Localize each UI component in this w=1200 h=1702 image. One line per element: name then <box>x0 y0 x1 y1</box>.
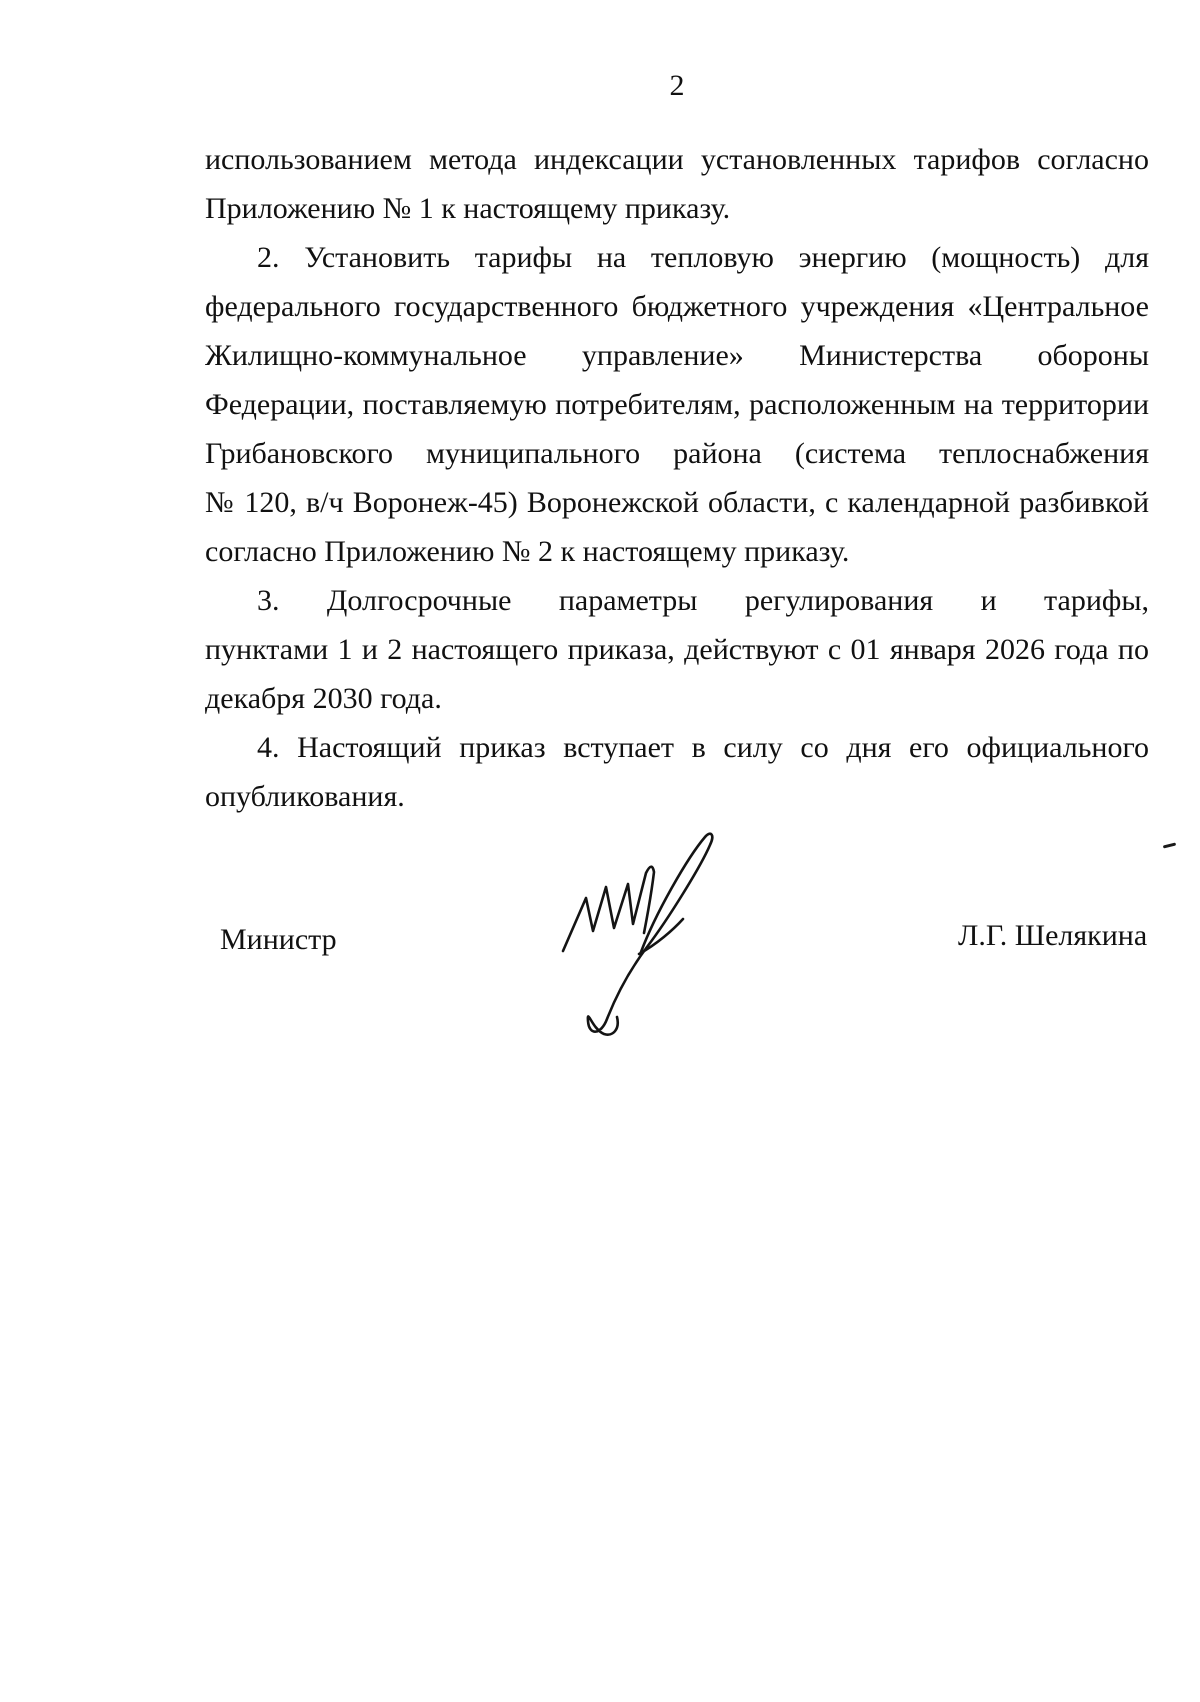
signatory-role: Министр <box>220 922 337 958</box>
handwritten-signature <box>530 800 730 1070</box>
body-line: согласно Приложению № 2 к настоящему при… <box>205 527 1149 576</box>
body-line: 4. Настоящий приказ вступает в силу со д… <box>205 723 1149 772</box>
body-line: № 120, в/ч Воронеж-45) Воронежской облас… <box>205 478 1149 527</box>
page-number: 2 <box>205 68 1149 104</box>
body-line: федерального государственного бюджетного… <box>205 282 1149 331</box>
order-body: использованием методa индексации установ… <box>205 135 1149 821</box>
body-line: 2. Установить тарифы на тепловую энергию… <box>205 233 1149 282</box>
body-line: Жилищно-коммунальное управление» Министе… <box>205 331 1149 380</box>
body-line: Грибановского муниципального района (сис… <box>205 429 1149 478</box>
body-line: пунктами 1 и 2 настоящего приказа, дейст… <box>205 625 1149 674</box>
scan-artifact-mark <box>1163 842 1176 848</box>
body-line: Приложению № 1 к настоящему приказу. <box>205 184 1149 233</box>
body-line: использованием методa индексации установ… <box>205 135 1149 184</box>
body-line: Федерации, поставляемую потребителям, ра… <box>205 380 1149 429</box>
body-line: 3. Долгосрочные параметры регулирования … <box>205 576 1149 625</box>
body-line: декабря 2030 года. <box>205 674 1149 723</box>
signatory-name: Л.Г. Шелякина <box>958 918 1147 954</box>
document-page: 2 использованием методa индексации устан… <box>0 0 1200 1702</box>
